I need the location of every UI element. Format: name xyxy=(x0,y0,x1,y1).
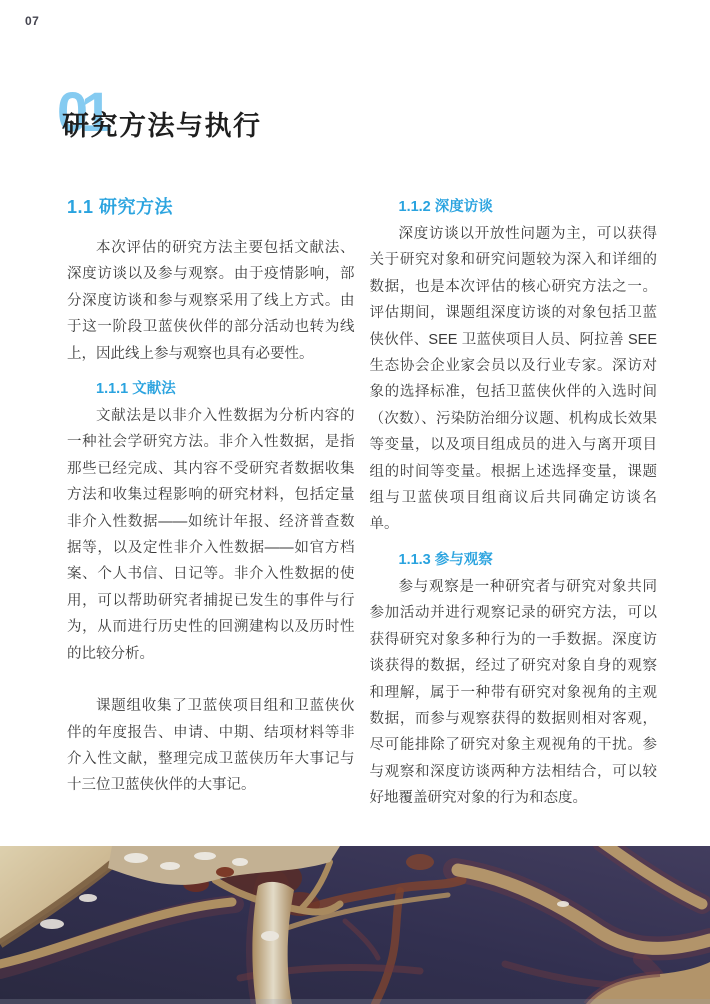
literature-paragraph-2: 课题组收集了卫蓝侠项目组和卫蓝侠伙伴的年度报告、申请、中期、结项材料等非介入性文… xyxy=(67,693,355,799)
subsection-heading-1-1-2: 1.1.2 深度访谈 xyxy=(370,195,658,216)
subsection-heading-1-1-1: 1.1.1 文献法 xyxy=(67,377,355,398)
aerial-photo-illustration xyxy=(0,846,710,1004)
intro-paragraph: 本次评估的研究方法主要包括文献法、深度访谈以及参与观察。由于疫情影响，部分深度访… xyxy=(67,235,355,367)
section-heading-1-1: 1.1 研究方法 xyxy=(67,193,355,219)
aerial-pollution-photo xyxy=(0,846,710,1004)
subsection-heading-1-1-3: 1.1.3 参与观察 xyxy=(370,548,658,569)
chapter-title: 研究方法与执行 xyxy=(62,110,262,142)
left-column: 1.1 研究方法 本次评估的研究方法主要包括文献法、深度访谈以及参与观察。由于疫… xyxy=(67,193,355,812)
interview-paragraph: 深度访谈以开放性问题为主，可以获得关于研究对象和研究问题较为深入和详细的数据，也… xyxy=(370,221,658,538)
photo-vertical-sand-bar xyxy=(252,882,294,1004)
page-number: 07 xyxy=(25,14,39,28)
two-column-body: 1.1 研究方法 本次评估的研究方法主要包括文献法、深度访谈以及参与观察。由于疫… xyxy=(67,193,657,812)
observation-paragraph: 参与观察是一种研究者与研究对象共同参加活动并进行观察记录的研究方法，可以获得研究… xyxy=(370,574,658,812)
literature-paragraph-1: 文献法是以非介入性数据为分析内容的一种社会学研究方法。非介入性数据，是指那些已经… xyxy=(67,403,355,667)
report-page: 07 01 研究方法与执行 1.1 研究方法 本次评估的研究方法主要包括文献法、… xyxy=(0,0,710,1004)
right-column: 1.1.2 深度访谈 深度访谈以开放性问题为主，可以获得关于研究对象和研究问题较… xyxy=(370,193,658,812)
chapter-header: 01 研究方法与执行 xyxy=(57,84,457,154)
